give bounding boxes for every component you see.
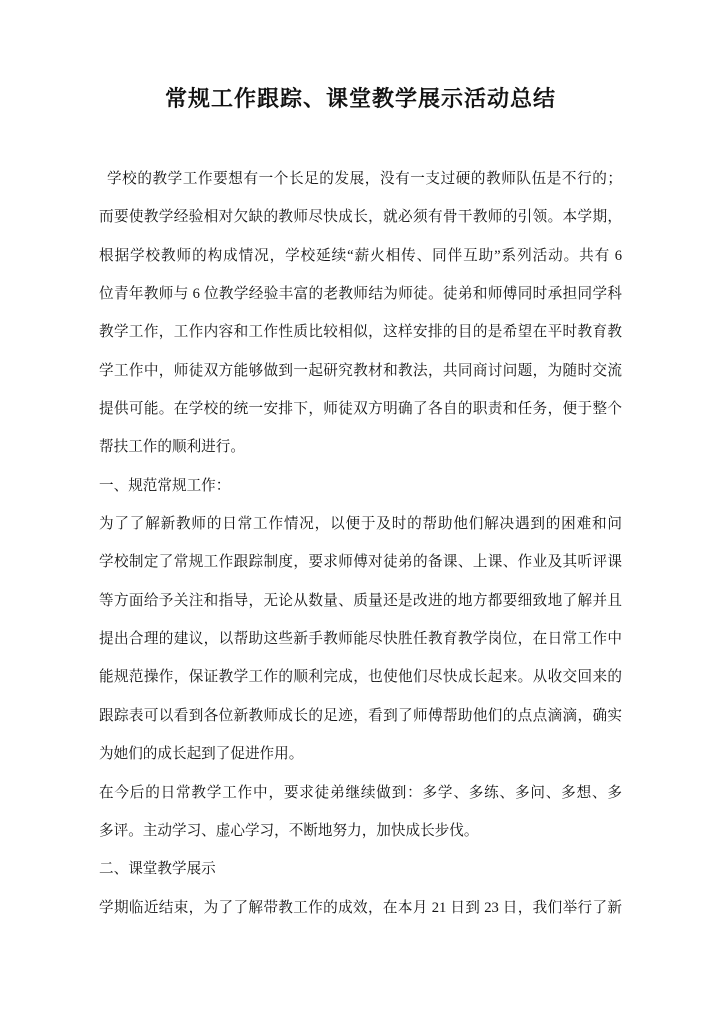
document-title: 常规工作跟踪、课堂教学展示活动总结: [0, 84, 721, 114]
text-line: 多评。主动学习、虚心学习，不断地努力，加快成长步伐。: [99, 812, 622, 850]
text-line: 学校的教学工作要想有一个长足的发展，没有一支过硬的教师队伍是不行的；: [99, 160, 622, 198]
text-line: 学期临近结束，为了了解带教工作的成效，在本月 21 日到 23 日，我们举行了新: [99, 889, 622, 927]
text-line: 二、课堂教学展示: [99, 850, 622, 888]
text-line: 教学工作，工作内容和工作性质比较相似，这样安排的目的是希望在平时教育教: [99, 313, 622, 351]
text-line: 一、规范常规工作：: [99, 467, 622, 505]
text-line: 提供可能。在学校的统一安排下，师徒双方明确了各自的职责和任务，便于整个: [99, 390, 622, 428]
text-line: 学校制定了常规工作跟踪制度，要求师傅对徒弟的备课、上课、作业及其听评课: [99, 543, 622, 581]
document-page: 常规工作跟踪、课堂教学展示活动总结 学校的教学工作要想有一个长足的发展，没有一支…: [0, 0, 721, 1020]
text-line: 为她们的成长起到了促进作用。: [99, 735, 622, 773]
text-line: 在今后的日常教学工作中，要求徒弟继续做到：多学、多练、多问、多想、多听、: [99, 774, 622, 812]
text-line: 根据学校教师的构成情况，学校延续“薪火相传、同伴互助”系列活动。共有 6: [99, 237, 622, 275]
text-line: 学工作中，师徒双方能够做到一起研究教材和教法，共同商讨问题，为随时交流: [99, 352, 622, 390]
text-line: 而要使教学经验相对欠缺的教师尽快成长，就必须有骨干教师的引领。本学期，: [99, 198, 622, 236]
text-line: 跟踪表可以看到各位新教师成长的足迹，看到了师傅帮助他们的点点滴滴，确实: [99, 697, 622, 735]
text-line: 为了了解新教师的日常工作情况，以便于及时的帮助他们解决遇到的困难和问题，: [99, 505, 622, 543]
text-line: 帮扶工作的顺利进行。: [99, 428, 622, 466]
text-line: 位青年教师与 6 位教学经验丰富的老教师结为师徒。徒弟和师傅同时承担同学科: [99, 275, 622, 313]
document-body: 学校的教学工作要想有一个长足的发展，没有一支过硬的教师队伍是不行的；而要使教学经…: [99, 160, 622, 927]
text-line: 等方面给予关注和指导，无论从数量、质量还是改进的地方都要细致地了解并且: [99, 582, 622, 620]
text-line: 能规范操作，保证教学工作的顺利完成，也使他们尽快成长起来。从收交回来的: [99, 658, 622, 696]
text-line: 提出合理的建议，以帮助这些新手教师能尽快胜任教育教学岗位，在日常工作中: [99, 620, 622, 658]
